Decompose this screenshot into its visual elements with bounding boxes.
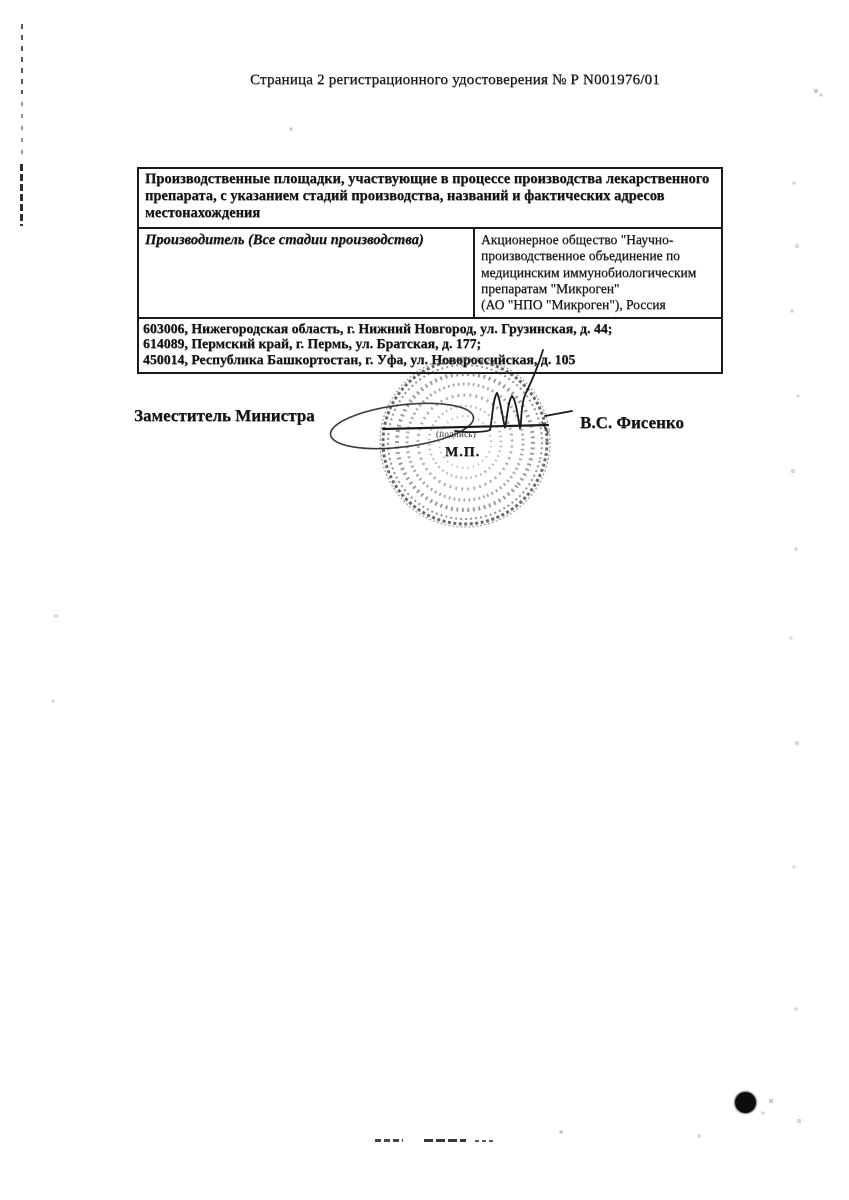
scanned-document-page: Страница 2 регистрационного удостоверени… [0,0,849,1200]
signature-icon [328,350,572,456]
manufacturer-line: (АО "НПО "Микроген"), Россия [481,297,717,313]
manufacturer-line: Акционерное общество "Научно- [481,232,717,248]
scan-bottom-dashes [375,1139,403,1142]
page-header: Страница 2 регистрационного удостоверени… [250,72,660,89]
manufacturer-value-cell: Акционерное общество "Научно- производст… [475,229,721,317]
table-row: Производитель (Все стадии производства) … [139,229,721,319]
seal-mark-label: М.П. [445,445,480,461]
table-header-cell: Производственные площадки, участвующие в… [139,169,721,229]
scan-edge-dashes [21,102,23,160]
manufacturer-line: медицинским иммунобиологическим [481,265,717,281]
manufacturer-label-cell: Производитель (Все стадии производства) [139,229,475,317]
signature-caption: (подпись) [436,429,476,439]
scan-bottom-dashes [475,1140,493,1142]
scan-edge-dashes [20,164,23,226]
signer-position-title: Заместитель Министра [134,406,315,426]
scan-edge-dashes [21,24,23,94]
scan-bottom-dashes [424,1139,466,1142]
manufacturer-line: производственное объединение по [481,248,717,264]
manufacturer-line: препаратам "Микроген" [481,281,717,297]
scan-noise-speckles [0,0,2,2]
punch-hole-dot [735,1092,756,1113]
signer-name: В.С. Фисенко [580,413,684,433]
